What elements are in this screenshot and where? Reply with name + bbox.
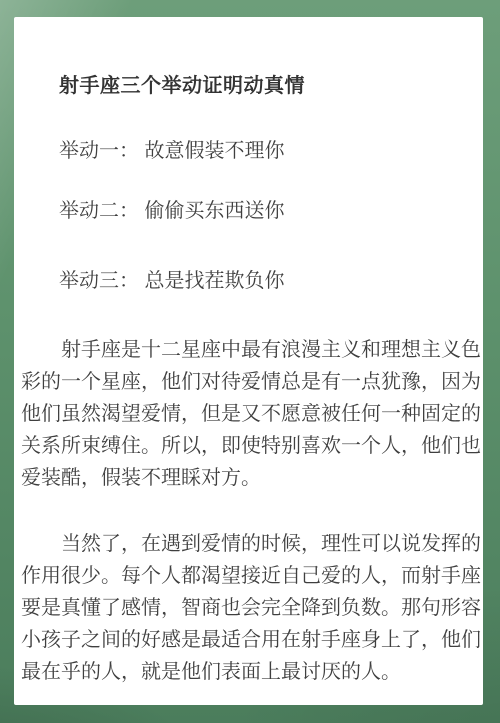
bullet-line-2: 举动二： 偷偷买东西送你	[21, 195, 481, 227]
paragraph-2: 当然了，在遇到爱情的时候，理性可以说发挥的 作用很少。每个人都渴望接近自己爱的人…	[21, 528, 481, 688]
paragraph-1: 射手座是十二星座中最有浪漫主义和理想主义色 彩的一个星座，他们对待爱情总是有一点…	[21, 334, 481, 494]
bullet-line-1: 举动一： 故意假装不理你	[21, 135, 481, 167]
card-title: 射手座三个举动证明动真情	[21, 70, 481, 102]
text-card: 射手座三个举动证明动真情 举动一： 故意假装不理你 举动二： 偷偷买东西送你 举…	[14, 17, 483, 705]
green-background: 射手座三个举动证明动真情 举动一： 故意假装不理你 举动二： 偷偷买东西送你 举…	[0, 0, 500, 723]
bullet-line-3: 举动三： 总是找茬欺负你	[21, 265, 481, 297]
